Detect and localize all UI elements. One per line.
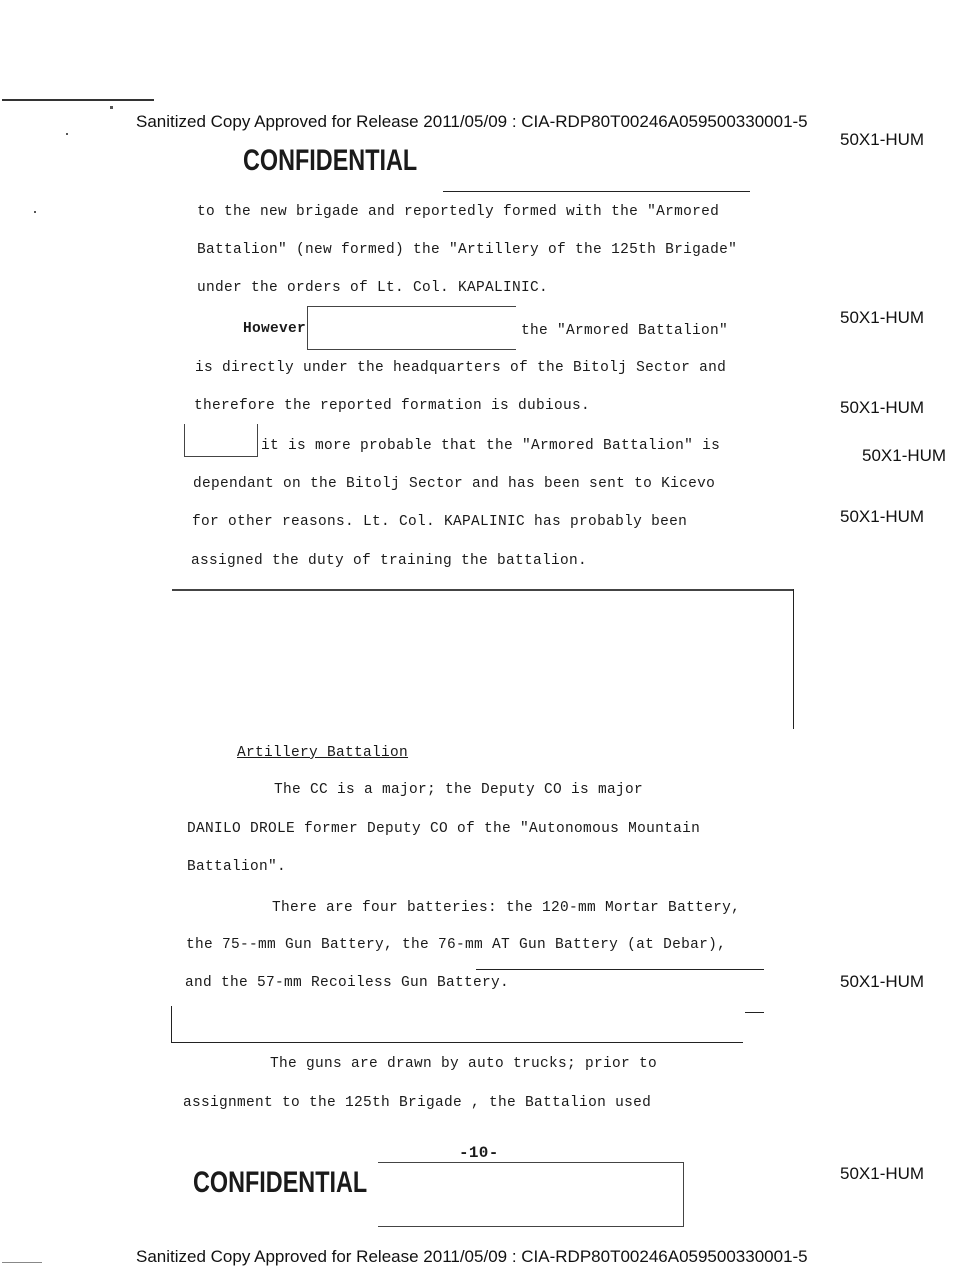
body-text-line: to the new brigade and reportedly formed…	[197, 204, 719, 220]
body-text-line: the "Armored Battalion"	[521, 323, 728, 339]
body-text-line: the 75--mm Gun Battery, the 76-mm AT Gun…	[186, 937, 726, 953]
redaction-box	[307, 306, 516, 350]
body-text-line: for other reasons. Lt. Col. KAPALINIC ha…	[192, 514, 687, 530]
exemption-marking: 50X1-HUM	[862, 446, 946, 466]
body-text-line: DANILO DROLE former Deputy CO of the "Au…	[187, 821, 700, 837]
redaction-frame-right	[793, 589, 794, 729]
scan-artifact-dot	[34, 211, 36, 213]
redaction-frame-top	[172, 589, 794, 591]
confidential-stamp-header: CONFIDENTIAL	[243, 144, 417, 178]
body-text-line: assignment to the 125th Brigade , the Ba…	[183, 1095, 651, 1111]
body-text-lead: However	[243, 321, 306, 337]
body-text-line: is directly under the headquarters of th…	[195, 360, 726, 376]
body-text-line: under the orders of Lt. Col. KAPALINIC.	[197, 280, 548, 296]
redaction-line	[443, 191, 750, 192]
body-text-line: assigned the duty of training the battal…	[191, 553, 587, 569]
body-text-line: dependant on the Bitolj Sector and has b…	[193, 476, 715, 492]
confidential-stamp-footer: CONFIDENTIAL	[193, 1166, 367, 1200]
body-text-line: The CC is a major; the Deputy CO is majo…	[274, 782, 643, 798]
body-text-line: therefore the reported formation is dubi…	[194, 398, 590, 414]
scan-artifact-dot	[110, 106, 113, 109]
release-line-footer: Sanitized Copy Approved for Release 2011…	[136, 1247, 808, 1267]
exemption-marking: 50X1-HUM	[840, 130, 924, 150]
body-text-line: it is more probable that the "Armored Ba…	[261, 438, 720, 454]
redaction-line	[476, 969, 764, 970]
exemption-marking: 50X1-HUM	[840, 972, 924, 992]
redaction-frame-left	[171, 1006, 172, 1042]
scan-artifact-dot	[66, 133, 68, 135]
body-text-line: Battalion" (new formed) the "Artillery o…	[197, 242, 737, 258]
section-heading: Artillery Battalion	[237, 745, 408, 761]
exemption-marking: 50X1-HUM	[840, 398, 924, 418]
exemption-marking: 50X1-HUM	[840, 507, 924, 527]
scan-artifact-line	[2, 1262, 42, 1263]
release-line-header: Sanitized Copy Approved for Release 2011…	[136, 112, 808, 132]
page-number: -10-	[459, 1144, 499, 1162]
scan-artifact-line	[2, 99, 154, 101]
redaction-box	[184, 424, 258, 457]
exemption-marking: 50X1-HUM	[840, 1164, 924, 1184]
body-text-line: There are four batteries: the 120-mm Mor…	[272, 900, 740, 916]
body-text-line: Battalion".	[187, 859, 286, 875]
redaction-line	[745, 1012, 764, 1013]
redaction-frame-bottom	[171, 1042, 743, 1043]
redaction-box	[378, 1162, 684, 1227]
body-text-line: and the 57-mm Recoiless Gun Battery.	[185, 975, 509, 991]
body-text-line: The guns are drawn by auto trucks; prior…	[270, 1056, 657, 1072]
exemption-marking: 50X1-HUM	[840, 308, 924, 328]
